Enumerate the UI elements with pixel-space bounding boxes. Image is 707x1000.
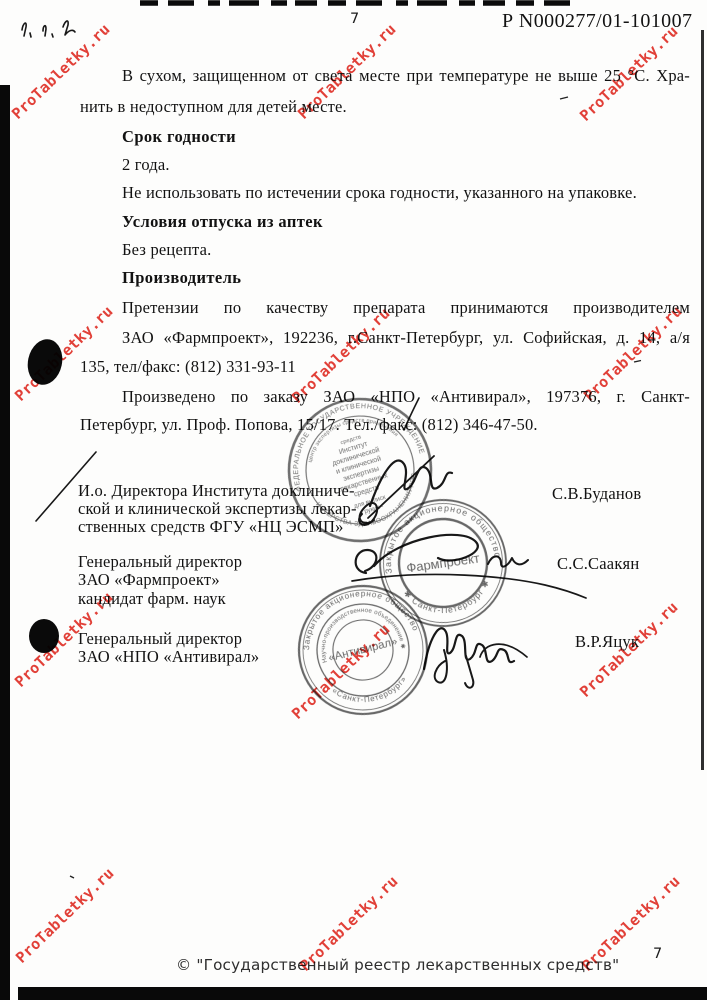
signature-strokes [0,0,707,1000]
signature-saakyan [352,535,586,598]
scanned-document-page: 7 Р N000277/01-101007 В сухом, защищенно… [0,0,707,1000]
pen-stroke [36,452,96,521]
handwriting-marks [22,21,75,37]
signature-budanov [359,398,452,525]
scan-specks [70,97,641,878]
signature-yatsuk [424,628,527,687]
